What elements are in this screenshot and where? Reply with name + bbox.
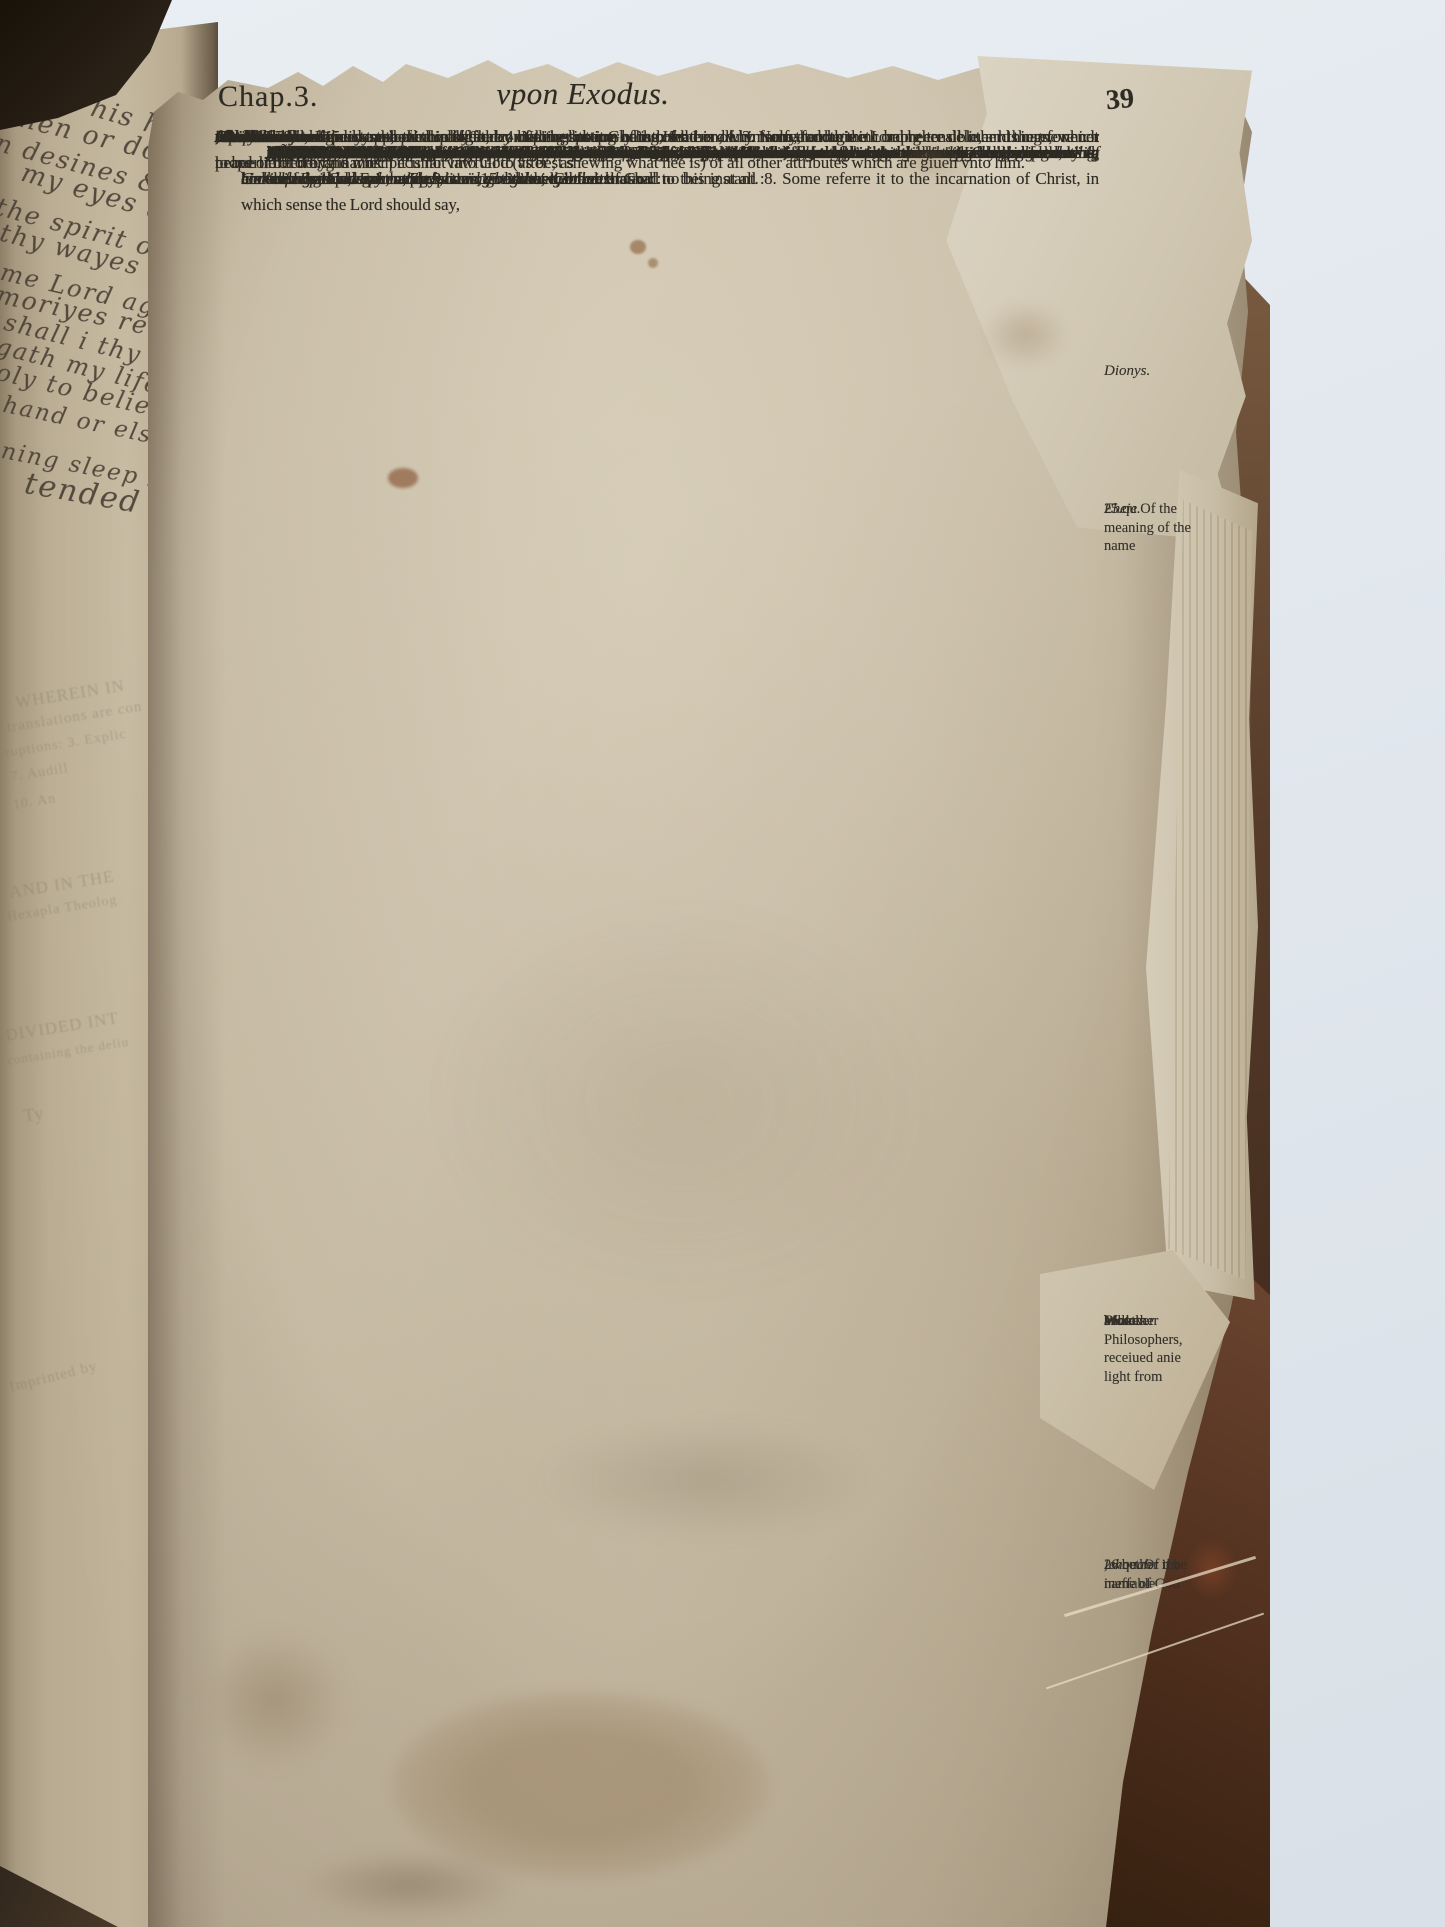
showthrough-text-line: 10. An <box>12 791 57 814</box>
showthrough-text-line: Ty <box>22 1103 46 1127</box>
printers-signature: E 2 <box>630 140 660 166</box>
showthrough-text-line: Imprinted by <box>8 1358 99 1396</box>
page-number: 39 <box>1105 83 1136 117</box>
book-photo: oth of All his holy on men or doom n des… <box>0 0 1445 1927</box>
body-text: the other of Grace, the God of Abraham, … <box>215 124 1099 168</box>
catchword: following <box>1030 140 1095 166</box>
showthrough-text-line: 7. Audill <box>10 761 70 786</box>
signature-row: E 2 following <box>215 140 1099 168</box>
running-title: vpon Exodus. <box>418 76 748 112</box>
chapter-heading: Chap.3. <box>218 80 318 114</box>
